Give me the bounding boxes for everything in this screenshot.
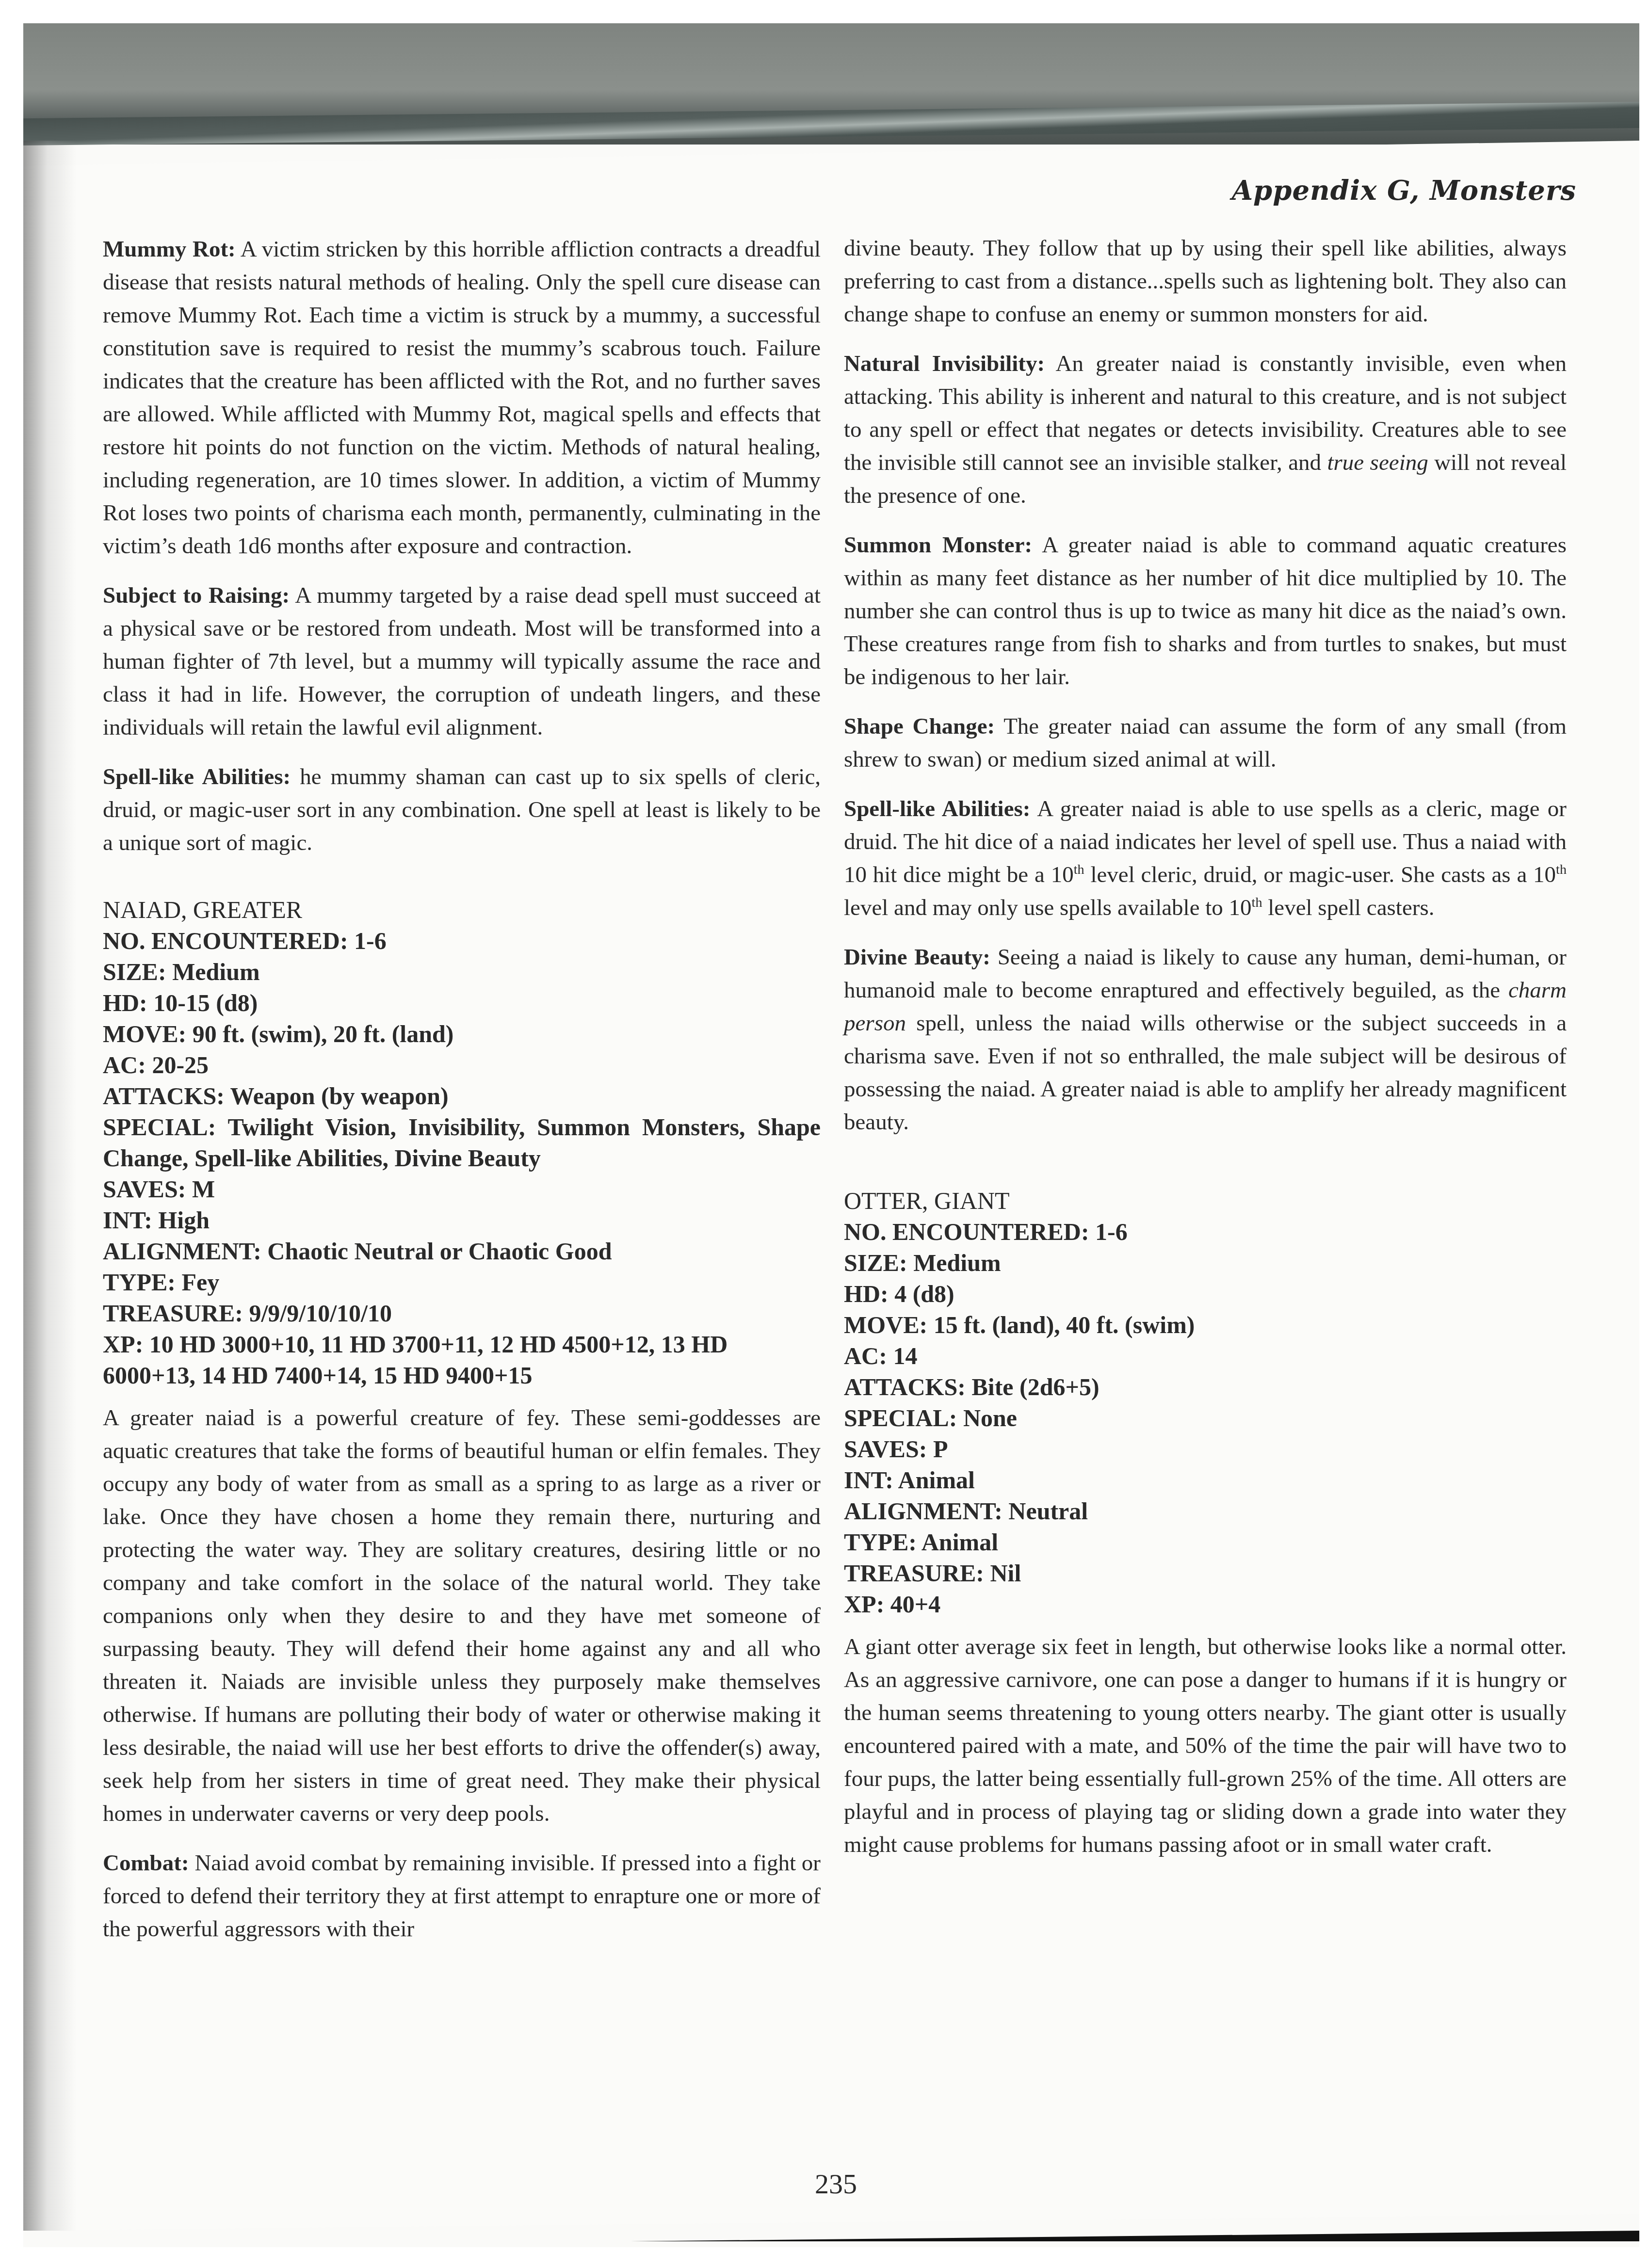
summon-monster-term: Summon Monster:: [844, 532, 1032, 558]
stat-line: ALIGNMENT: Chaotic Neutral or Chaotic Go…: [103, 1236, 821, 1267]
otter-stat-block: OTTER, GIANT NO. ENCOUNTERED: 1-6 SIZE: …: [844, 1185, 1567, 1620]
mummy-rot-text: A victim stricken by this horrible affli…: [103, 237, 821, 559]
combat-paragraph: Combat: Naiad avoid combat by remaining …: [103, 1847, 821, 1946]
running-head: Appendix G, Monsters: [1232, 175, 1576, 207]
stat-line: SAVES: M: [103, 1174, 821, 1205]
gutter-shadow: [23, 141, 77, 2231]
stat-line: SIZE: Medium: [103, 956, 821, 987]
stat-line: HD: 4 (d8): [844, 1278, 1567, 1309]
stat-line: AC: 20-25: [103, 1049, 821, 1080]
stat-line: NO. ENCOUNTERED: 1-6: [103, 925, 821, 956]
stat-line: TYPE: Fey: [103, 1267, 821, 1298]
stat-line: AC: 14: [844, 1340, 1567, 1371]
stat-line: SIZE: Medium: [844, 1247, 1567, 1278]
combat-term: Combat:: [103, 1850, 189, 1876]
divine-beauty-term: Divine Beauty:: [844, 945, 990, 970]
stat-line: INT: Animal: [844, 1464, 1567, 1496]
monster-name-naiad: NAIAD, GREATER: [103, 894, 821, 925]
stat-line: SPECIAL: None: [844, 1402, 1567, 1433]
mummy-spell-like-paragraph: Spell-like Abilities: he mummy shaman ca…: [103, 760, 821, 859]
naiad-stat-block: NAIAD, GREATER NO. ENCOUNTERED: 1-6 SIZE…: [103, 894, 821, 1391]
divine-beauty-paragraph: Divine Beauty: Seeing a naiad is likely …: [844, 941, 1567, 1139]
stat-line: TREASURE: Nil: [844, 1558, 1567, 1589]
shape-change-paragraph: Shape Change: The greater naiad can assu…: [844, 710, 1567, 776]
stat-line: SPECIAL: Twilight Vision, Invisibility, …: [103, 1111, 821, 1174]
stat-line: TYPE: Animal: [844, 1527, 1567, 1558]
naiad-description: A greater naiad is a powerful creature o…: [103, 1401, 821, 1830]
mummy-rot-term: Mummy Rot:: [103, 237, 236, 262]
combat-continued: divine beauty. They follow that up by us…: [844, 232, 1567, 331]
shape-change-term: Shape Change:: [844, 714, 995, 739]
natural-invisibility-paragraph: Natural Invisibility: An greater naiad i…: [844, 347, 1567, 512]
stat-line: ATTACKS: Bite (2d6+5): [844, 1371, 1567, 1402]
otter-description: A giant otter average six feet in length…: [844, 1630, 1567, 1861]
stat-line: NO. ENCOUNTERED: 1-6: [844, 1216, 1567, 1247]
stat-line: MOVE: 15 ft. (land), 40 ft. (swim): [844, 1309, 1567, 1340]
summon-monster-paragraph: Summon Monster: A greater naiad is able …: [844, 529, 1567, 693]
mummy-spell-like-term: Spell-like Abilities:: [103, 764, 291, 789]
monster-name-otter: OTTER, GIANT: [844, 1185, 1567, 1216]
stat-line: SAVES: P: [844, 1433, 1567, 1464]
stat-line: INT: High: [103, 1205, 821, 1236]
stat-line: HD: 10-15 (d8): [103, 987, 821, 1018]
stat-line: XP: 10 HD 3000+10, 11 HD 3700+11, 12 HD …: [103, 1329, 821, 1391]
page-number: 235: [815, 2168, 857, 2200]
left-column: Mummy Rot: A victim stricken by this hor…: [103, 233, 821, 1962]
mummy-rot-paragraph: Mummy Rot: A victim stricken by this hor…: [103, 233, 821, 563]
stat-line: ALIGNMENT: Neutral: [844, 1496, 1567, 1527]
stat-line: ATTACKS: Weapon (by weapon): [103, 1080, 821, 1111]
right-column: divine beauty. They follow that up by us…: [844, 232, 1567, 1878]
subject-to-raising-paragraph: Subject to Raising: A mummy targeted by …: [103, 579, 821, 744]
naiad-spell-like-paragraph: Spell-like Abilities: A greater naiad is…: [844, 792, 1567, 924]
true-seeing-spell: true seeing: [1327, 450, 1428, 475]
stat-line: XP: 40+4: [844, 1589, 1567, 1620]
stat-line: MOVE: 90 ft. (swim), 20 ft. (land): [103, 1018, 821, 1049]
natural-invisibility-term: Natural Invisibility:: [844, 351, 1045, 376]
stat-line: TREASURE: 9/9/9/10/10/10: [103, 1298, 821, 1329]
combat-text: Naiad avoid combat by remaining invisibl…: [103, 1850, 821, 1942]
subject-to-raising-term: Subject to Raising:: [103, 583, 290, 608]
naiad-spell-like-term: Spell-like Abilities:: [844, 796, 1030, 821]
